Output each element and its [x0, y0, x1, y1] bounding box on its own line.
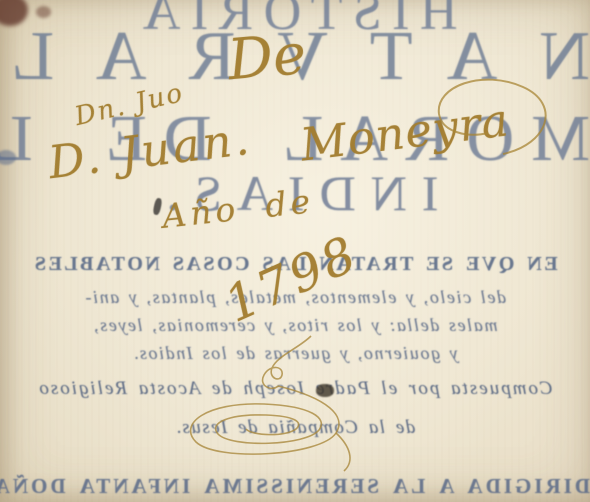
handwritten-ano-de: Año de: [161, 184, 316, 233]
printed-subtitle-line-4: y gouierno, y guerras de los Indios.: [0, 344, 590, 362]
printed-subtitle-line-2: del cielo, y elementos, metales, plantas…: [0, 288, 590, 306]
handwritten-de: De: [226, 27, 309, 90]
surname-loop-flourish: [425, 72, 570, 167]
handwritten-year: 1798: [218, 228, 366, 330]
printed-author-line-1: Compuesta por el Padre Ioseph de Acosta …: [0, 379, 590, 398]
printed-title-historia: HISTORIA: [0, 0, 590, 39]
speck-top-left-2: [36, 6, 51, 18]
printed-subtitle-line-3: males della: y los ritos, y ceremonias, …: [0, 316, 590, 334]
printed-title-natvral: NATVRAL: [0, 22, 590, 92]
ink-mark-left-of-ano: [152, 197, 162, 215]
handwritten-d-juan: D. Juan.: [46, 116, 254, 186]
handwritten-surname: Moneyra: [298, 97, 511, 167]
scanned-book-page: HISTORIA NATVRAL MORAL DE LAS INDIAS. EN…: [0, 0, 590, 502]
handwritten-dn-juo: Dn. Juo: [72, 80, 186, 130]
ink-blot-on-padre: [316, 384, 334, 397]
printed-subtitle-line-1: EN QVE SE TRATAN LAS COSAS NOTABLES: [0, 254, 590, 274]
ink-rubric-flourish: [175, 330, 380, 480]
printed-author-line-2: de la Compañia de Iesus.: [0, 418, 590, 437]
printed-dedication-line: DIRIGIDA A LA SERENISSIMA INFANTA DOÑA: [0, 476, 590, 497]
speck-left-edge: [0, 150, 16, 165]
stain-top-left: [0, 0, 28, 26]
printed-title-moral-de-las: MORAL DE LAS: [0, 106, 590, 172]
printed-title-indias: INDIAS.: [0, 168, 590, 218]
